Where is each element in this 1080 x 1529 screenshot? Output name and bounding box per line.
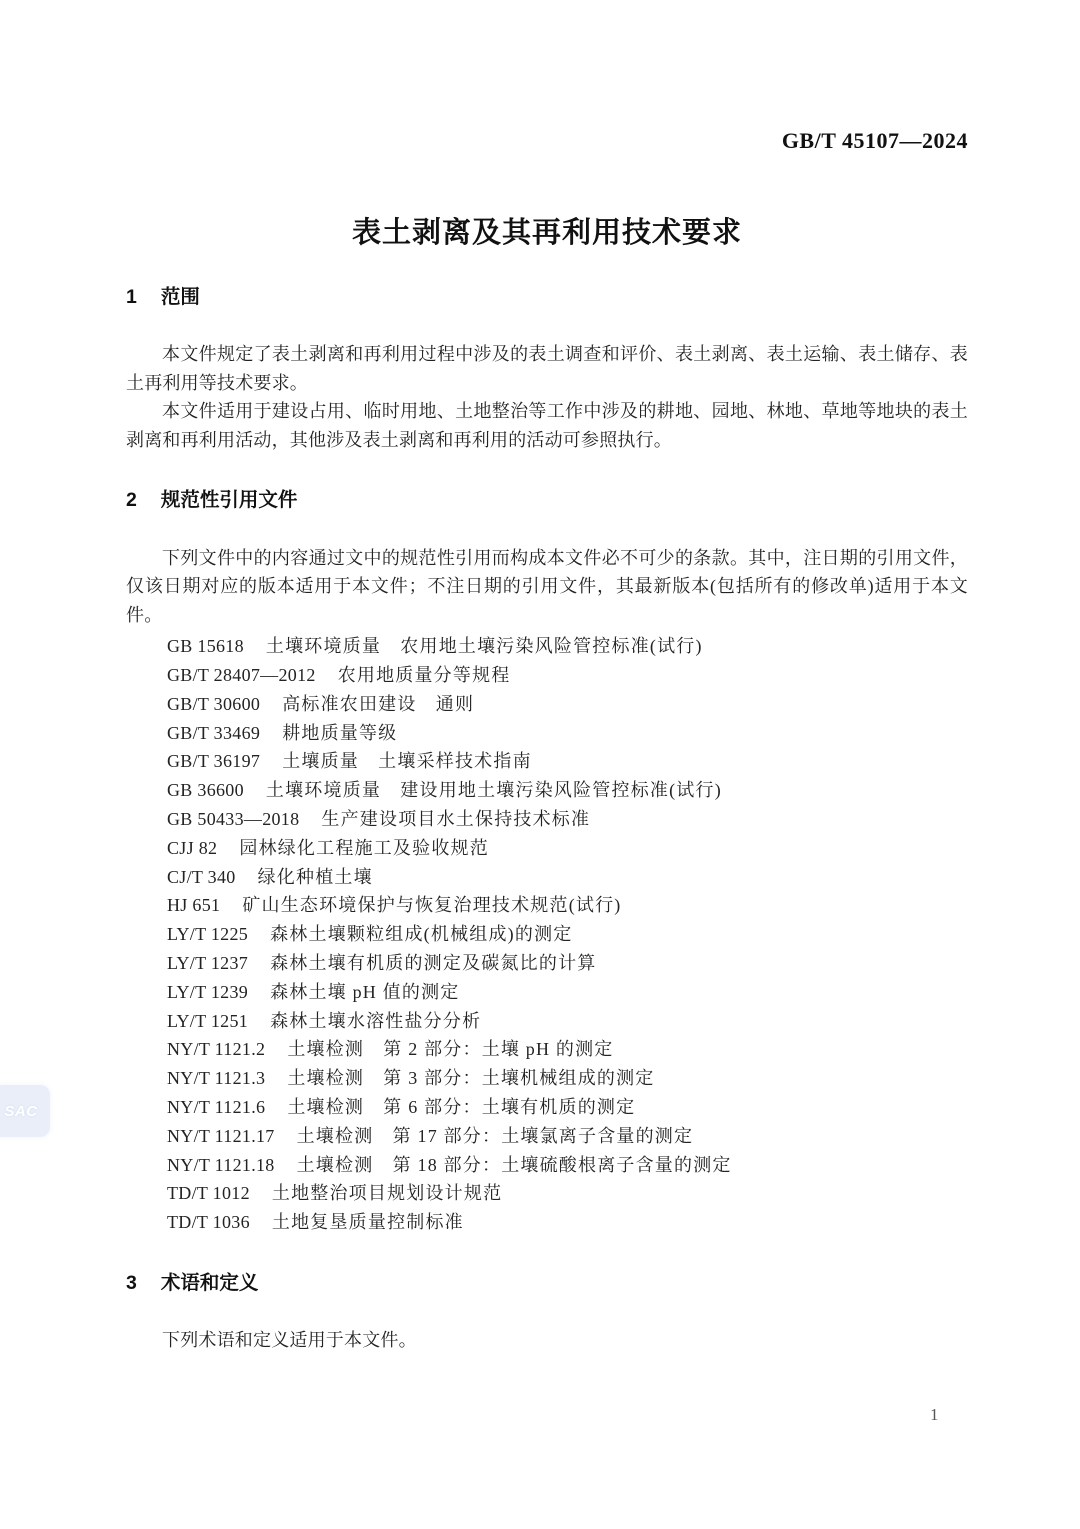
reference-code: GB/T 36197: [167, 751, 260, 771]
reference-item: GB/T 33469耕地质量等级: [167, 719, 968, 748]
reference-code: LY/T 1225: [167, 924, 248, 944]
reference-title: 高标准农田建设 通则: [282, 694, 474, 714]
reference-title: 森林土壤 pH 值的测定: [270, 982, 459, 1002]
reference-title: 土壤质量 土壤采样技术指南: [282, 751, 532, 771]
section-number: 1: [126, 286, 137, 308]
reference-code: GB/T 30600: [167, 694, 260, 714]
reference-code: HJ 651: [167, 895, 220, 915]
reference-code: NY/T 1121.3: [167, 1068, 265, 1088]
document-page: SAC GB/T 45107—2024 表土剥离及其再利用技术要求 1范围本文件…: [0, 0, 1080, 1529]
reference-item: NY/T 1121.17土壤检测 第 17 部分：土壤氯离子含量的测定: [167, 1122, 968, 1151]
reference-title: 农用地质量分等规程: [338, 665, 511, 685]
reference-code: GB 36600: [167, 780, 244, 800]
reference-code: NY/T 1121.18: [167, 1155, 275, 1175]
reference-title: 森林土壤有机质的测定及碳氮比的计算: [270, 953, 596, 973]
section-paragraph: 本文件规定了表土剥离和再利用过程中涉及的表土调查和评价、表土剥离、表土运输、表土…: [126, 340, 968, 397]
reference-item: GB 15618土壤环境质量 农用地土壤污染风险管控标准(试行): [167, 632, 968, 661]
reference-item: GB 36600土壤环境质量 建设用地土壤污染风险管控标准(试行): [167, 776, 968, 805]
section-paragraph: 下列术语和定义适用于本文件。: [126, 1326, 968, 1355]
reference-code: NY/T 1121.2: [167, 1039, 265, 1059]
section-paragraph: 下列文件中的内容通过文中的规范性引用而构成本文件必不可少的条款。其中，注日期的引…: [126, 544, 968, 630]
reference-item: NY/T 1121.18土壤检测 第 18 部分：土壤硫酸根离子含量的测定: [167, 1151, 968, 1180]
section-number: 3: [126, 1272, 137, 1294]
section-title: 范围: [161, 286, 200, 308]
section-heading: 3术语和定义: [126, 1273, 968, 1294]
reference-title: 森林土壤水溶性盐分分析: [270, 1011, 481, 1031]
reference-title: 森林土壤颗粒组成(机械组成)的测定: [270, 924, 572, 944]
sac-logo-watermark: SAC: [0, 1085, 50, 1137]
reference-title: 土壤检测 第 3 部分：土壤机械组成的测定: [287, 1068, 654, 1088]
reference-title: 土壤检测 第 6 部分：土壤有机质的测定: [287, 1097, 635, 1117]
reference-item: HJ 651矿山生态环境保护与恢复治理技术规范(试行): [167, 891, 968, 920]
standard-number: GB/T 45107—2024: [126, 130, 968, 152]
reference-code: LY/T 1237: [167, 953, 248, 973]
section-heading: 1范围: [126, 287, 968, 308]
reference-item: TD/T 1036土地复垦质量控制标准: [167, 1208, 968, 1237]
reference-item: LY/T 1237森林土壤有机质的测定及碳氮比的计算: [167, 949, 968, 978]
reference-item: NY/T 1121.3土壤检测 第 3 部分：土壤机械组成的测定: [167, 1064, 968, 1093]
reference-code: TD/T 1036: [167, 1212, 250, 1232]
reference-item: GB/T 30600高标准农田建设 通则: [167, 690, 968, 719]
reference-item: GB/T 36197土壤质量 土壤采样技术指南: [167, 747, 968, 776]
reference-item: GB 50433—2018生产建设项目水土保持技术标准: [167, 805, 968, 834]
reference-title: 土壤检测 第 18 部分：土壤硫酸根离子含量的测定: [297, 1155, 732, 1175]
document-content: GB/T 45107—2024 表土剥离及其再利用技术要求 1范围本文件规定了表…: [0, 130, 1080, 1355]
reference-title: 耕地质量等级: [282, 723, 397, 743]
reference-title: 土地整治项目规划设计规范: [272, 1183, 502, 1203]
reference-title: 土地复垦质量控制标准: [272, 1212, 464, 1232]
reference-code: GB/T 28407—2012: [167, 665, 316, 685]
reference-item: CJ/T 340绿化种植土壤: [167, 863, 968, 892]
section-heading: 2规范性引用文件: [126, 490, 968, 511]
reference-code: CJJ 82: [167, 838, 217, 858]
reference-code: TD/T 1012: [167, 1183, 250, 1203]
reference-code: GB/T 33469: [167, 723, 260, 743]
reference-list: GB 15618土壤环境质量 农用地土壤污染风险管控标准(试行)GB/T 284…: [126, 632, 968, 1237]
reference-item: GB/T 28407—2012农用地质量分等规程: [167, 661, 968, 690]
reference-title: 土壤检测 第 2 部分：土壤 pH 的测定: [287, 1039, 613, 1059]
reference-item: TD/T 1012土地整治项目规划设计规范: [167, 1179, 968, 1208]
reference-title: 土壤环境质量 农用地土壤污染风险管控标准(试行): [266, 636, 703, 656]
reference-code: CJ/T 340: [167, 867, 236, 887]
sections: 1范围本文件规定了表土剥离和再利用过程中涉及的表土调查和评价、表土剥离、表土运输…: [126, 287, 968, 1355]
section-number: 2: [126, 489, 137, 511]
section-title: 规范性引用文件: [161, 489, 298, 511]
section-3: 3术语和定义下列术语和定义适用于本文件。: [126, 1273, 968, 1355]
reference-item: LY/T 1239森林土壤 pH 值的测定: [167, 978, 968, 1007]
sac-logo-text: SAC: [4, 1103, 37, 1120]
reference-item: LY/T 1251森林土壤水溶性盐分分析: [167, 1007, 968, 1036]
reference-title: 矿山生态环境保护与恢复治理技术规范(试行): [242, 895, 621, 915]
document-title: 表土剥离及其再利用技术要求: [126, 216, 968, 251]
reference-title: 绿化种植土壤: [258, 867, 373, 887]
section-1: 1范围本文件规定了表土剥离和再利用过程中涉及的表土调查和评价、表土剥离、表土运输…: [126, 287, 968, 454]
reference-item: NY/T 1121.2土壤检测 第 2 部分：土壤 pH 的测定: [167, 1035, 968, 1064]
reference-code: GB 15618: [167, 636, 244, 656]
reference-code: LY/T 1251: [167, 1011, 248, 1031]
reference-title: 土壤环境质量 建设用地土壤污染风险管控标准(试行): [266, 780, 722, 800]
reference-title: 园林绿化工程施工及验收规范: [239, 838, 489, 858]
reference-item: CJJ 82园林绿化工程施工及验收规范: [167, 834, 968, 863]
reference-code: NY/T 1121.17: [167, 1126, 275, 1146]
reference-code: LY/T 1239: [167, 982, 248, 1002]
reference-item: NY/T 1121.6土壤检测 第 6 部分：土壤有机质的测定: [167, 1093, 968, 1122]
page-number: 1: [930, 1405, 939, 1425]
reference-code: NY/T 1121.6: [167, 1097, 265, 1117]
section-2: 2规范性引用文件下列文件中的内容通过文中的规范性引用而构成本文件必不可少的条款。…: [126, 490, 968, 1237]
reference-title: 土壤检测 第 17 部分：土壤氯离子含量的测定: [297, 1126, 694, 1146]
section-title: 术语和定义: [161, 1272, 259, 1294]
reference-item: LY/T 1225森林土壤颗粒组成(机械组成)的测定: [167, 920, 968, 949]
reference-code: GB 50433—2018: [167, 809, 299, 829]
section-paragraph: 本文件适用于建设占用、临时用地、土地整治等工作中涉及的耕地、园地、林地、草地等地…: [126, 397, 968, 454]
reference-title: 生产建设项目水土保持技术标准: [321, 809, 590, 829]
